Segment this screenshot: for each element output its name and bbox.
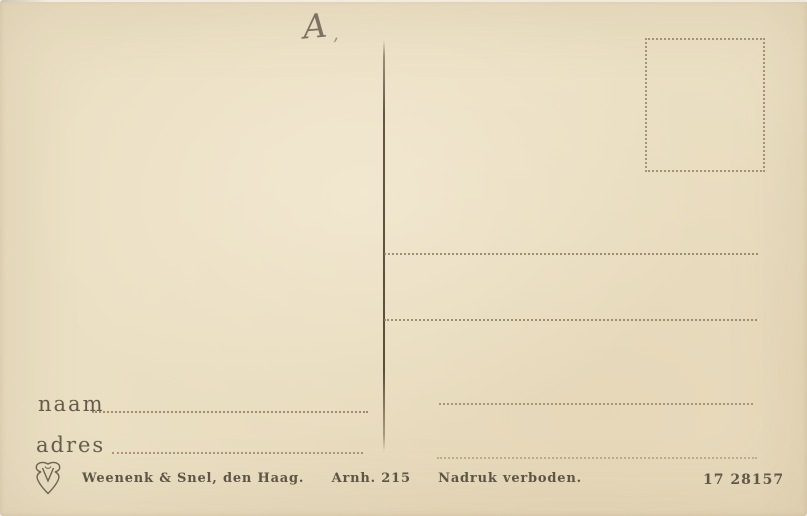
- publisher-monogram-icon: [33, 460, 63, 496]
- handwritten-mark: ,: [332, 23, 341, 45]
- address-dotted-line-4: [437, 457, 757, 459]
- address-dotted-line-2: [384, 319, 757, 321]
- address-label: adres: [36, 433, 105, 457]
- center-divider-line: [383, 40, 385, 452]
- postcard-back: A, naam adres Weenenk & Snel, den Haag. …: [0, 0, 807, 516]
- address-dotted-line-1: [384, 253, 758, 255]
- handwritten-note: A,: [301, 5, 340, 48]
- serial-number: 17 28157: [703, 472, 784, 488]
- handwritten-letter: A: [301, 5, 329, 46]
- scan-edge: [0, 0, 807, 2]
- series-number: Arnh. 215: [332, 471, 411, 486]
- publisher-name: Weenenk & Snel, den Haag.: [82, 471, 304, 486]
- imprint-line: Weenenk & Snel, den Haag. Arnh. 215 Nadr…: [82, 471, 604, 486]
- copyright-notice: Nadruk verboden.: [438, 471, 582, 486]
- address-dotted-line-3: [439, 403, 753, 405]
- address-dotted-line: [112, 452, 363, 454]
- name-dotted-line: [92, 411, 368, 413]
- stamp-box: [645, 38, 765, 172]
